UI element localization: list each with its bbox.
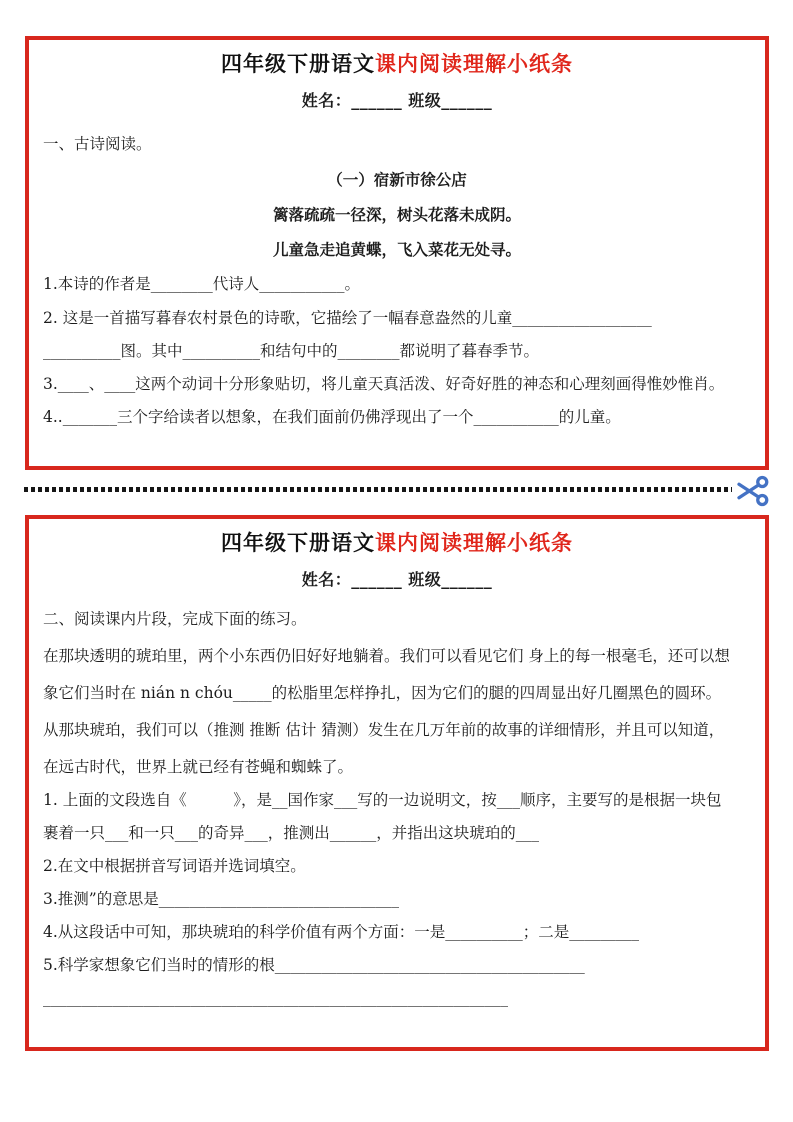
passage-line-1: 在那块透明的琥珀里，两个小东西仍旧好好地躺着。我们可以看见它们 身上的每一根毫毛… — [43, 644, 751, 668]
slip2-section-heading: 二、阅读课内片段，完成下面的练习。 — [43, 607, 751, 631]
slip1-section-heading: 一、古诗阅读。 — [43, 132, 751, 156]
passage-line-4: 在远古时代，世界上就已经有苍蝇和蜘蛛了。 — [43, 755, 751, 779]
slip2-title-black: 四年级下册语文 — [221, 531, 375, 555]
poem-line-2: 儿童急走追黄蝶，飞入菜花无处寻。 — [43, 238, 751, 262]
slip2-question-5-cont: ________________________________________… — [43, 986, 751, 1010]
slip2-question-1-cont: 裹着一只___和一只___的奇异___，推测出______，并指出这块琥珀的__… — [43, 821, 751, 845]
slip2-question-1: 1. 上面的文段选自《 》，是__国作家___写的一边说明文，按___顺序，主要… — [43, 788, 751, 812]
slip1-name-class-line: 姓名：______ 班级______ — [43, 90, 751, 112]
passage-line-2: 象它们当时在 nián n chóu_____的松脂里怎样挣扎，因为它们的腿的四… — [43, 681, 751, 705]
poem-line-1: 篱落疏疏一径深，树头花落未成阴。 — [43, 203, 751, 227]
worksheet-page: 四年级下册语文课内阅读理解小纸条 姓名：______ 班级______ 一、古诗… — [0, 0, 793, 1122]
scissors-icon — [736, 473, 772, 509]
worksheet-slip-1: 四年级下册语文课内阅读理解小纸条 姓名：______ 班级______ 一、古诗… — [25, 36, 769, 470]
slip2-question-2: 2.在文中根据拼音写词语并选词填空。 — [43, 854, 751, 878]
slip2-question-5: 5.科学家想象它们当时的情形的根________________________… — [43, 953, 751, 977]
slip2-title-red: 课内阅读理解小纸条 — [375, 531, 573, 555]
slip1-question-2: 2. 这是一首描写暮春农村景色的诗歌，它描绘了一幅春意盎然的儿童________… — [43, 306, 751, 330]
worksheet-slip-2: 四年级下册语文课内阅读理解小纸条 姓名：______ 班级______ 二、阅读… — [25, 515, 769, 1051]
slip2-question-3: 3.推测”的意思是_______________________________ — [43, 887, 751, 911]
dotted-cut-line — [24, 487, 732, 492]
poem-title: （一）宿新市徐公店 — [43, 168, 751, 192]
slip1-question-1: 1.本诗的作者是________代诗人___________。 — [43, 272, 751, 296]
slip2-question-4: 4.从这段话中可知，那块琥珀的科学价值有两个方面：一是__________；二是… — [43, 920, 751, 944]
slip1-question-4: 4.._______三个字给读者以想象，在我们面前仍佛浮现出了一个_______… — [43, 405, 751, 429]
slip1-question-3: 3.____、____这两个动词十分形象贴切，将儿童天真活泼、好奇好胜的神态和心… — [43, 372, 751, 396]
slip2-name-class-line: 姓名：______ 班级______ — [43, 569, 751, 591]
slip1-title-black: 四年级下册语文 — [221, 52, 375, 76]
slip1-title-red: 课内阅读理解小纸条 — [375, 52, 573, 76]
slip1-question-2-cont: __________图。其中__________和结句中的________都说明… — [43, 339, 751, 363]
passage-line-3: 从那块琥珀，我们可以（推测 推断 估计 猜测）发生在几万年前的故事的详细情形，并… — [43, 718, 751, 742]
slip1-title: 四年级下册语文课内阅读理解小纸条 — [43, 50, 751, 78]
slip2-title: 四年级下册语文课内阅读理解小纸条 — [43, 529, 751, 557]
